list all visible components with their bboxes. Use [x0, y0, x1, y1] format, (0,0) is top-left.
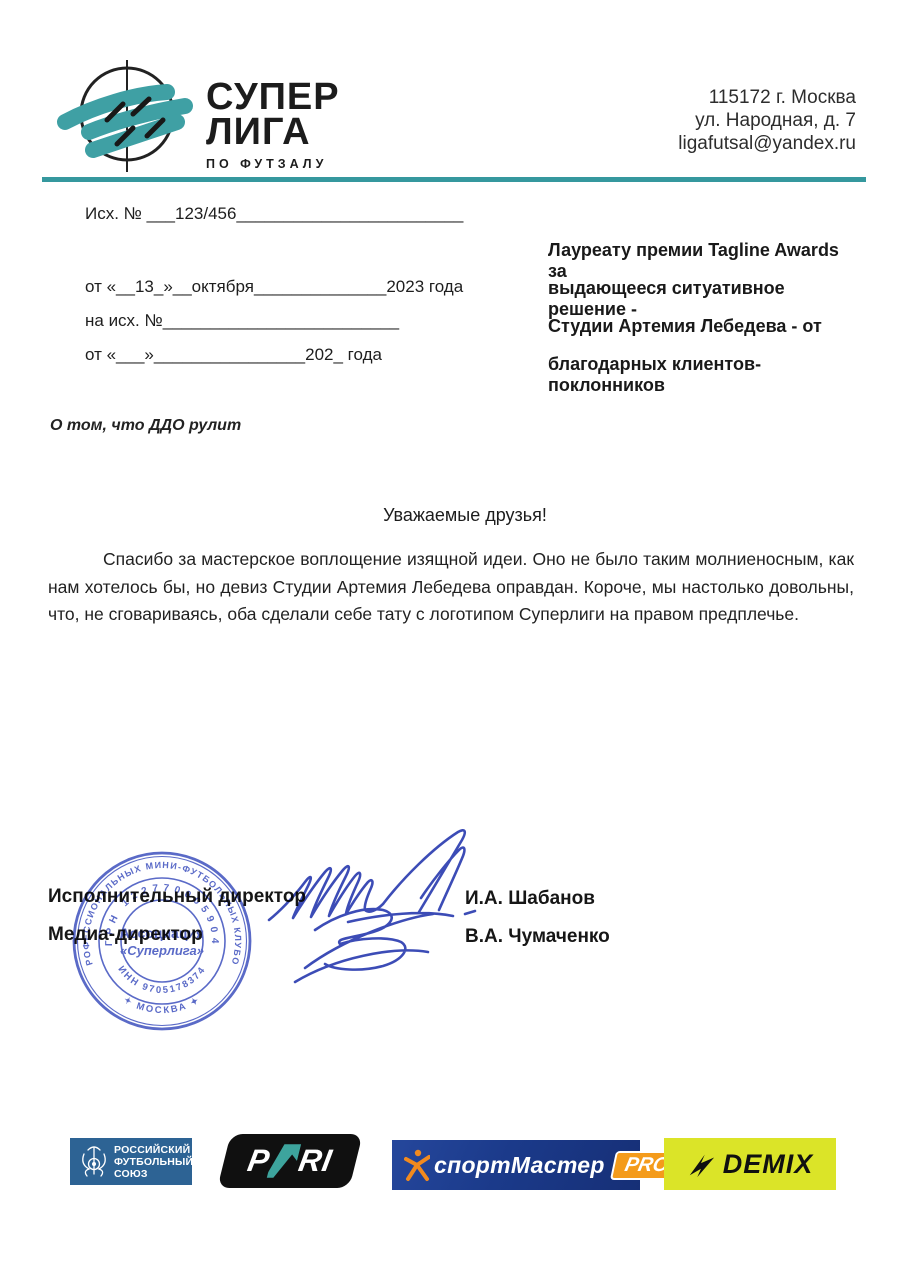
- partner-logo-pari: P RI: [217, 1134, 362, 1188]
- addressee-line: благодарных клиентов-поклонников: [548, 354, 858, 392]
- outgoing-date-field: от «__13_»__октября______________2023 го…: [85, 277, 463, 297]
- rfs-eagle-icon: [79, 1143, 109, 1181]
- sportmaster-wordmark: спортМастер: [434, 1152, 605, 1179]
- association-round-stamp: АССОЦИАЦИЯ ПРОФЕССИОНАЛЬНЫХ МИНИ-ФУТБОЛЬ…: [62, 841, 262, 1041]
- rfs-label: РОССИЙСКИЙ ФУТБОЛЬНЫЙ СОЮЗ: [114, 1144, 193, 1180]
- address-line-email: ligafutsal@yandex.ru: [678, 132, 856, 155]
- demix-wordmark: DEMIX: [723, 1149, 814, 1180]
- signature-shabanov: [269, 866, 383, 920]
- letterhead-address: 115172 г. Москва ул. Народная, д. 7 liga…: [678, 86, 856, 155]
- addressee-line: Лауреату премии Tagline Awards за: [548, 240, 858, 278]
- partner-logo-sportmaster-pro: спортМастер PRO: [392, 1140, 640, 1190]
- svg-text:ИНН 9705178374: ИНН 9705178374: [116, 964, 209, 996]
- letter-page: СУПЕР ЛИГА ПО ФУТЗАЛУ 115172 г. Москва у…: [0, 0, 900, 1273]
- rfs-label-line: СОЮЗ: [114, 1168, 193, 1180]
- address-line-city: 115172 г. Москва: [678, 86, 856, 109]
- partner-logo-demix: DEMIX: [664, 1138, 836, 1190]
- subject-line: О том, что ДДО рулит: [50, 417, 241, 435]
- pari-letter-ri: RI: [296, 1143, 335, 1179]
- outgoing-number-field: Исх. № ___123/456_______________________…: [85, 204, 463, 224]
- sportmaster-text-m: М: [511, 1152, 531, 1178]
- stamp-inn-text: ИНН 9705178374: [116, 964, 209, 996]
- logo-tagline: ПО ФУТЗАЛУ: [206, 158, 340, 171]
- handwritten-signatures: [253, 818, 485, 1000]
- superliga-wordmark: СУПЕР ЛИГА ПО ФУТЗАЛУ: [206, 80, 340, 171]
- sportmaster-figure-icon: [404, 1148, 430, 1182]
- demix-arrow-icon: [687, 1149, 715, 1179]
- logo-line1: СУПЕР: [206, 80, 340, 115]
- signature-chumachenko: [295, 909, 433, 982]
- address-line-street: ул. Народная, д. 7: [678, 109, 856, 132]
- stamp-center-line2: «Суперлига»: [120, 943, 204, 958]
- sportmaster-text-pre: спорт: [434, 1152, 511, 1178]
- superliga-logo-icon: [55, 56, 207, 176]
- addressee-line: выдающееся ситуативное решение -: [548, 278, 858, 316]
- stamp-center-line1: Ассоциация: [120, 925, 204, 941]
- rfs-label-line: ФУТБОЛЬНЫЙ: [114, 1156, 193, 1168]
- teal-divider-rule: [42, 177, 866, 182]
- addressee-block: Лауреату премии Tagline Awards за выдающ…: [548, 240, 858, 392]
- salutation: Уважаемые друзья!: [50, 505, 880, 526]
- signatory-name-chumachenko: В.А. Чумаченко: [465, 926, 610, 948]
- rfs-label-line: РОССИЙСКИЙ: [114, 1144, 193, 1156]
- reply-number-field: на исх. №_________________________: [85, 311, 399, 331]
- reply-date-field: от «___»________________202_ года: [85, 345, 382, 365]
- body-paragraph: Спасибо за мастерское воплощение изящной…: [48, 546, 854, 629]
- sportmaster-text-post: астер: [531, 1152, 605, 1178]
- logo-line2: ЛИГА: [206, 115, 340, 150]
- partner-logo-rfs: РОССИЙСКИЙ ФУТБОЛЬНЫЙ СОЮЗ: [70, 1138, 192, 1185]
- addressee-line: Студии Артемия Лебедева - от: [548, 316, 858, 354]
